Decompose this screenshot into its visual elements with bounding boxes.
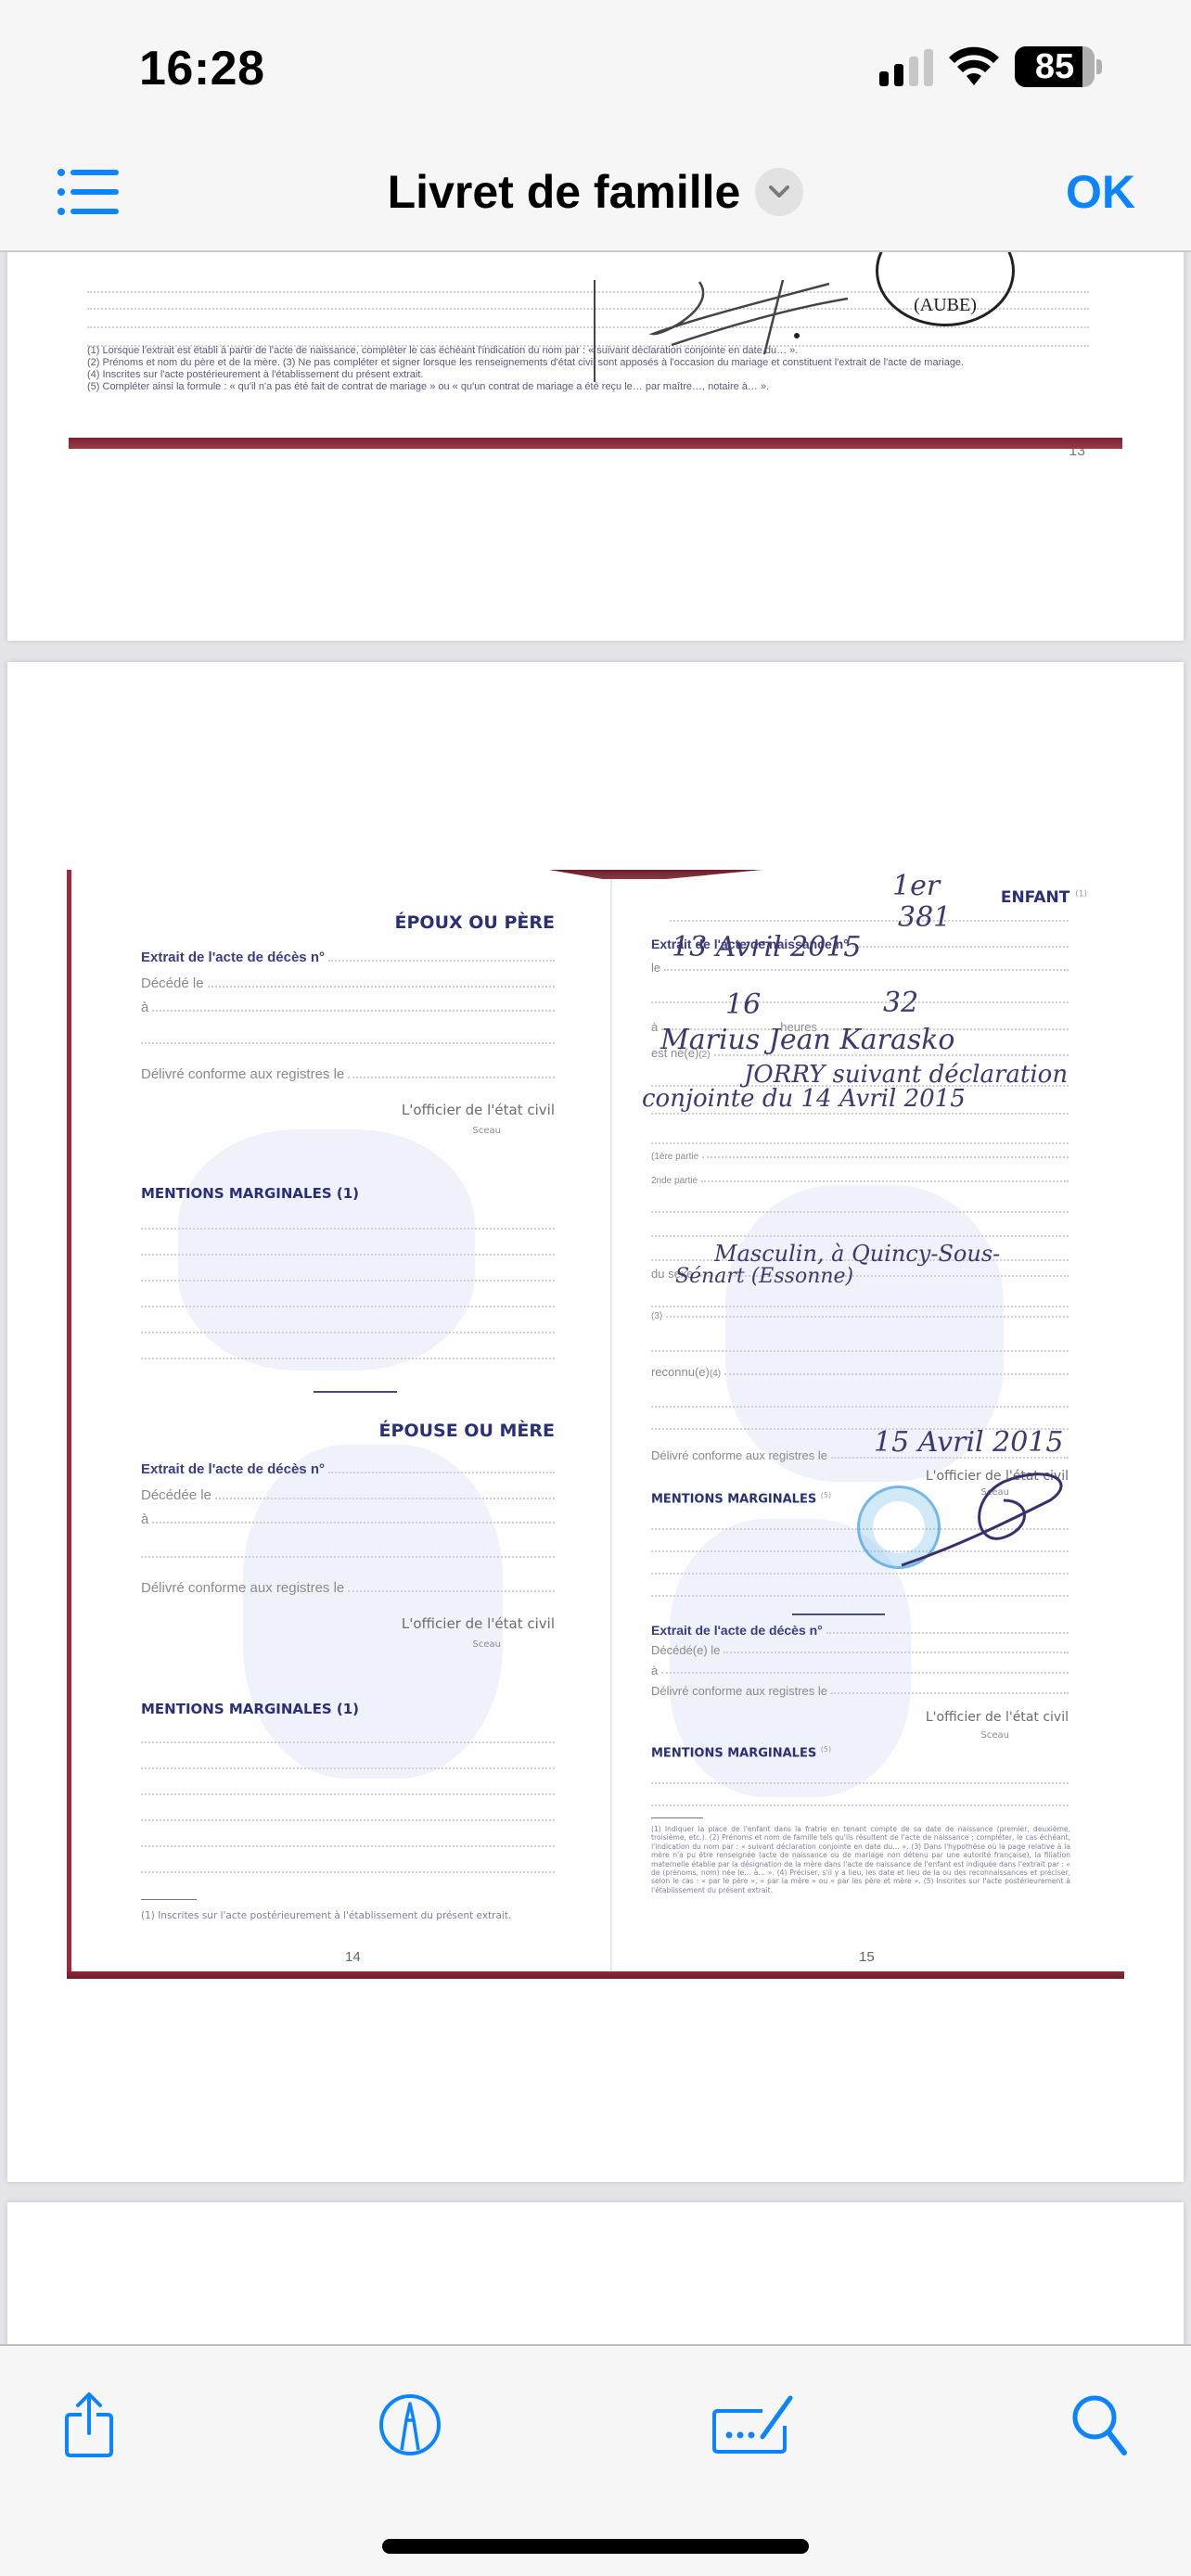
seal-label: Sceau [473,1639,501,1650]
officer-signature [892,1463,1078,1575]
field-note-3: (3) [651,1311,1069,1321]
footnote-rule [651,1817,703,1818]
field-husband-died-on: Décédé le [141,976,555,991]
field-child-death-delivered: Délivré conforme aux registres le [651,1684,1069,1698]
top-bar: 16:28 85 Livret de famille [0,0,1191,252]
page-fold-line [610,879,612,1971]
page-number-15: 15 [859,1949,875,1965]
handwritten-place-2: Sénart (Essonne) [675,1265,853,1288]
battery-tip [1096,59,1102,74]
footnote-p14: (1) Inscrites sur l'acte postérieurement… [141,1910,568,1922]
chevron-down-icon [768,185,790,199]
handwritten-hour: 16 [725,988,761,1021]
heading-child: ENFANT (1) [1001,888,1087,907]
officer-signature [644,271,885,354]
page-15-child: ENFANT (1) Extrait de l'acte de naissanc… [614,870,1124,1979]
search-button[interactable] [1063,2383,1137,2467]
home-indicator[interactable] [382,2539,809,2554]
heading-marginal-mentions: MENTIONS MARGINALES (5) [651,1491,831,1506]
official-seal-aube: (AUBE) [876,252,1015,326]
pdf-page-3[interactable] [7,2202,1184,2344]
heading-marginal-mentions: MENTIONS MARGINALES (5) [651,1745,831,1760]
handwritten-birth-date: 13 Avril 2015 [672,931,862,963]
field-wife-died-on: Décédée le [141,1487,555,1503]
field-husband-place: à [141,1000,555,1015]
signature-button[interactable] [709,2383,798,2467]
battery-icon: 85 [1015,46,1095,87]
heading-wife-mother: ÉPOUSE OU MÈRE [379,1421,555,1441]
field-child-death-extract: Extrait de l'acte de décès n° [651,1623,1069,1638]
section-divider [792,1613,885,1615]
status-icons: 85 [879,46,1102,87]
officer-label: L'officier de l'état civil [926,1710,1069,1725]
booklet-cover-edge-left [67,870,71,1979]
page-number-14: 14 [345,1949,361,1965]
page-14-parents: ÉPOUX OU PÈRE Extrait de l'acte de décès… [76,870,610,1979]
handwritten-rank: 1er [892,870,940,902]
handwritten-sex-place: Masculin, à Quincy-Sous- [714,1241,1000,1267]
booklet-cover-edge-bottom [67,1971,1124,1979]
share-button[interactable] [52,2383,126,2467]
field-recognized: reconnu(e) (4) [651,1365,1069,1379]
field-husband-death-extract: Extrait de l'acte de décès n° [141,950,555,965]
field-child-death-place: à [651,1664,1069,1677]
battery-percent: 85 [1035,47,1074,87]
booklet-spread-14-15: ÉPOUX OU PÈRE Extrait de l'acte de décès… [67,870,1124,1979]
marianne-watermark [178,1129,475,1371]
field-wife-death-extract: Extrait de l'acte de décès n° [141,1461,555,1477]
booklet-cover-edge [69,438,1122,449]
field-name-part-1: (1ère partie [651,1152,1069,1162]
officer-label: L'officier de l'état civil [402,1102,555,1118]
share-icon [61,2391,117,2459]
footnotes-p12-13: (1) Lorsque l'extrait est établi à parti… [87,345,1070,393]
search-icon [1070,2393,1130,2456]
handwritten-minutes: 32 [883,987,918,1019]
field-wife-place: à [141,1511,555,1527]
pdf-page-2[interactable]: ÉPOUX OU PÈRE Extrait de l'acte de décès… [7,662,1184,2182]
navigation-bar: Livret de famille OK [0,148,1191,232]
bottom-toolbar [0,2344,1191,2576]
document-title-menu[interactable]: Livret de famille [0,165,1191,219]
heading-marginal-mentions: MENTIONS MARGINALES (1) [141,1185,359,1202]
field-wife-delivered: Délivré conforme aux registres le [141,1580,555,1596]
officer-label: L'officier de l'état civil [402,1615,555,1632]
document-title: Livret de famille [388,165,741,219]
seal-label: Sceau [473,1126,501,1136]
heading-husband-father: ÉPOUX OU PÈRE [395,912,555,933]
title-menu-button[interactable] [755,168,803,216]
handwritten-conjoint: conjointe du 14 Avril 2015 [642,1085,966,1113]
footnote-rule [141,1899,197,1900]
signature-form-icon [711,2394,796,2455]
handwritten-act-number: 381 [898,901,951,934]
wifi-icon [948,46,1000,87]
status-time: 16:28 [139,41,265,96]
field-name-part-2: 2nde partie [651,1176,1069,1186]
field-child-died-on: Décédé(e) le [651,1643,1069,1657]
cellular-signal-icon [879,47,933,86]
markup-button[interactable] [373,2383,447,2467]
pdf-page-1[interactable]: (AUBE) (1) Lorsque l'extrait est établi … [7,252,1184,641]
section-divider [314,1391,397,1393]
footnote-p15: (1) Indiquer la place de l'enfant dans l… [651,1825,1070,1894]
markup-pen-icon [378,2392,442,2457]
handwritten-delivered-date: 15 Avril 2015 [874,1426,1064,1459]
ok-button[interactable]: OK [1066,165,1135,219]
seal-label: Sceau [981,1730,1009,1741]
booklet-spread-12-13: (AUBE) (1) Lorsque l'extrait est établi … [69,252,1122,438]
document-scroll-view[interactable]: (AUBE) (1) Lorsque l'extrait est établi … [0,252,1191,2344]
field-husband-delivered: Délivré conforme aux registres le [141,1066,555,1082]
handwritten-names: Marius Jean Karasko [660,1024,954,1056]
heading-marginal-mentions: MENTIONS MARGINALES (1) [141,1701,359,1717]
